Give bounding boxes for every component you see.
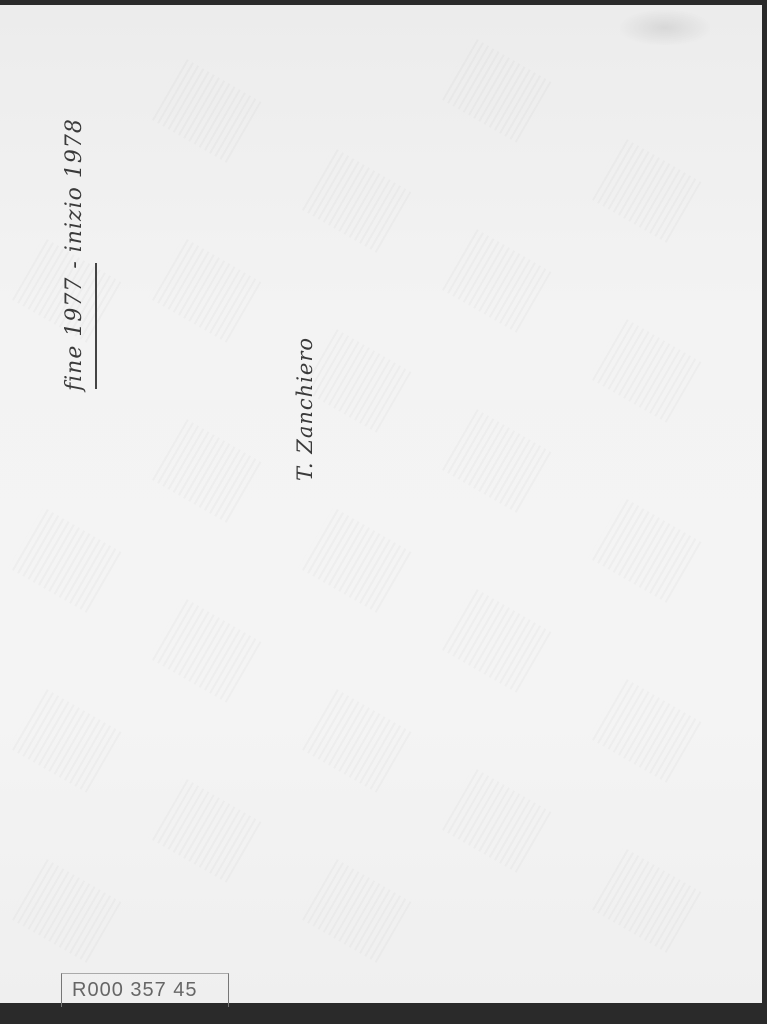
date-underline [95, 263, 97, 389]
reference-code: R000 357 45 [72, 979, 198, 1002]
reference-stamp-box: R000 357 45 [61, 973, 229, 1007]
photo-verso-paper: fine 1977 - inizio 1978 T. Zanchiero R00… [0, 5, 762, 1003]
watermark-pattern [0, 5, 762, 1003]
scan-background: fine 1977 - inizio 1978 T. Zanchiero R00… [0, 0, 767, 1024]
paper-stain [620, 10, 710, 45]
author-annotation: T. Zanchiero [293, 337, 317, 481]
date-annotation: fine 1977 - inizio 1978 [62, 118, 87, 391]
